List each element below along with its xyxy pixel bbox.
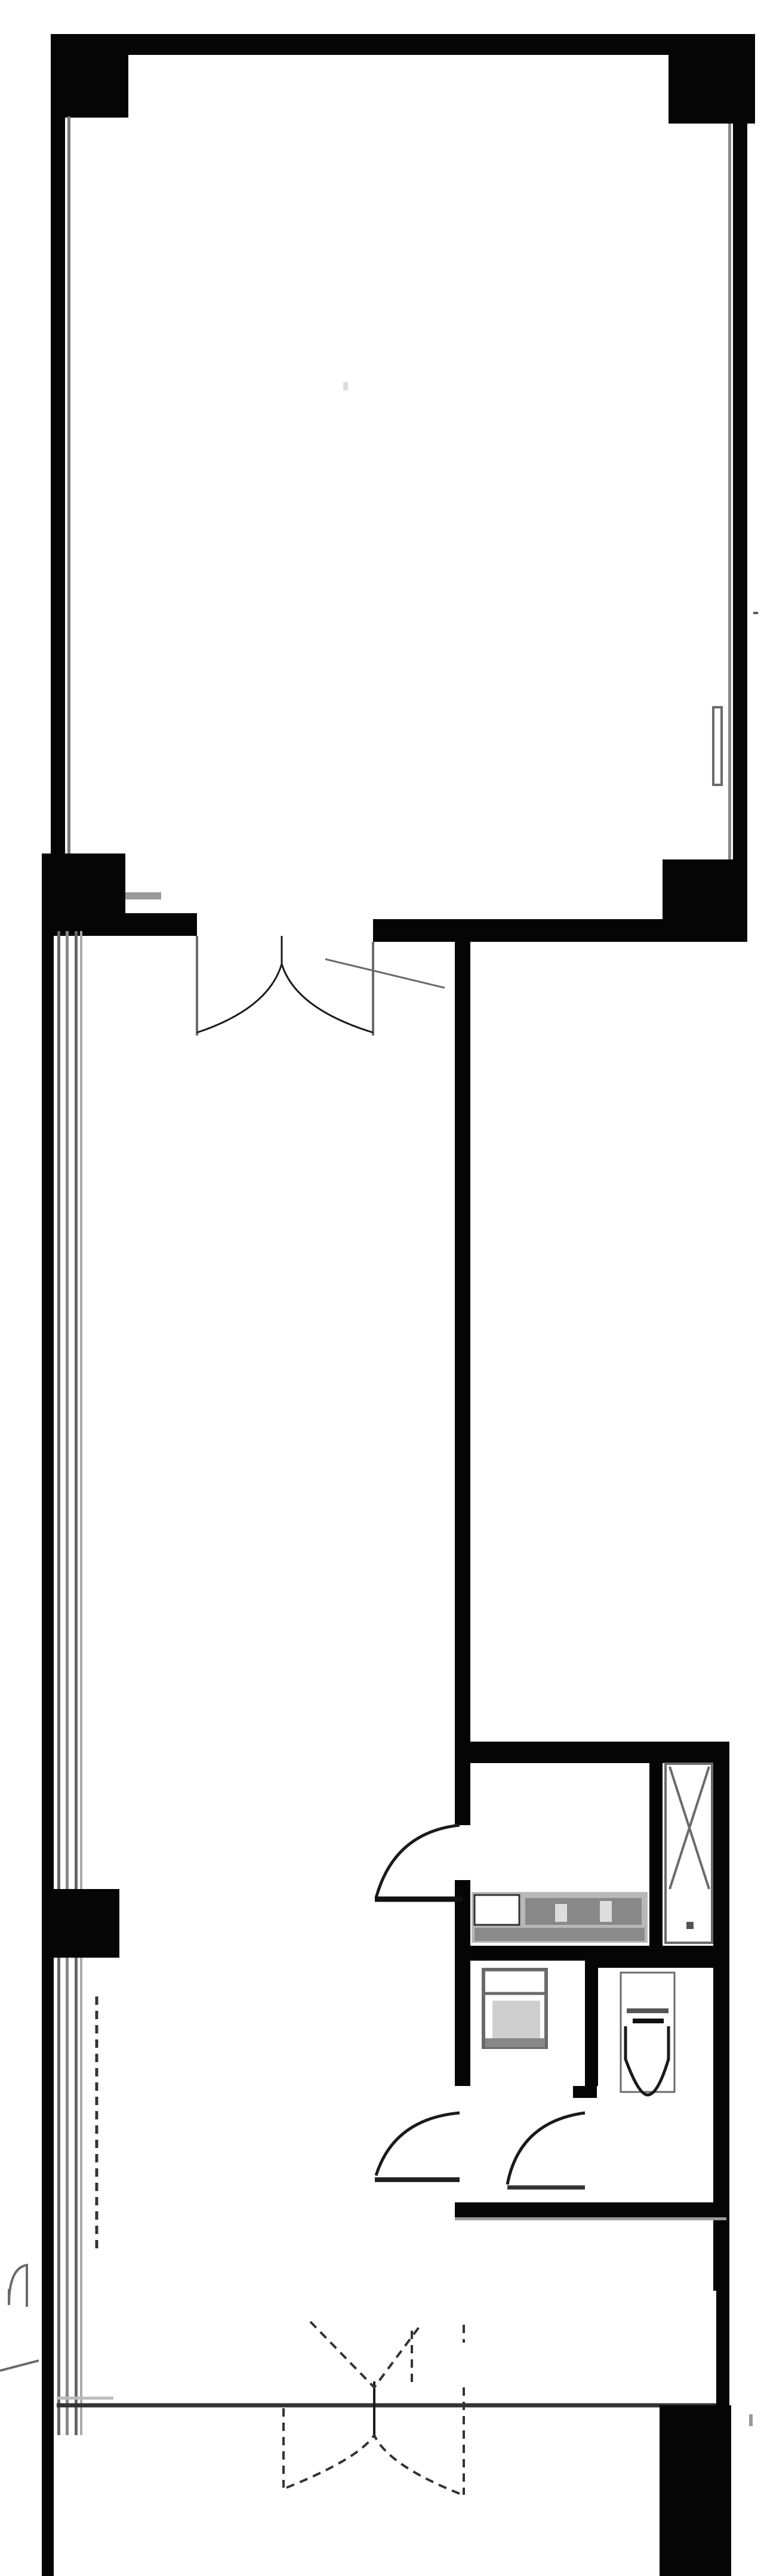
wash-basin <box>483 1970 546 2047</box>
sink-counter <box>472 1892 648 1943</box>
toilet-door[interactable] <box>507 2086 597 2187</box>
pipe-shaft <box>666 1764 712 1943</box>
entrance-double-door[interactable] <box>284 2322 464 2495</box>
floor-plan <box>0 0 764 2576</box>
entrance <box>42 2398 731 2576</box>
main-hall <box>42 34 758 942</box>
toilet-bowl <box>621 1973 674 2095</box>
scan-marks <box>343 382 753 2426</box>
washroom-door[interactable] <box>375 2113 460 2180</box>
storage-door[interactable] <box>375 1825 463 1899</box>
hall-double-door[interactable] <box>197 936 445 1036</box>
